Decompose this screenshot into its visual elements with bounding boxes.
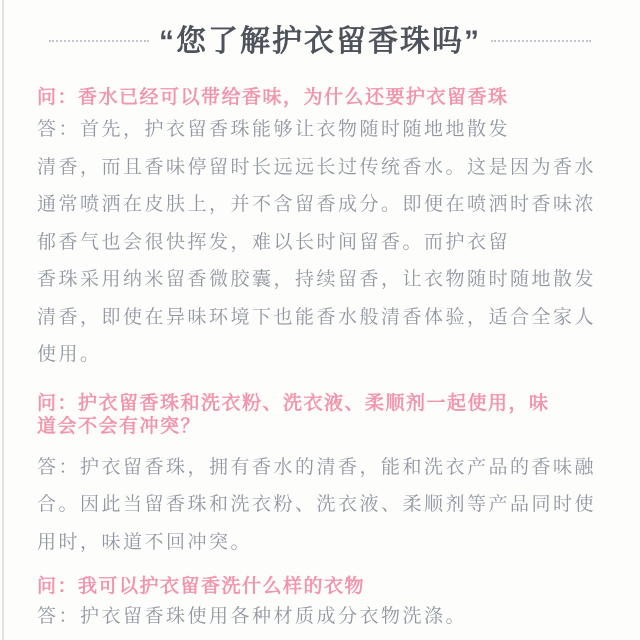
page-title: “您了解护衣留香珠吗” (159, 16, 481, 60)
question-line: 问：护衣留香珠和洗衣粉、洗衣液、柔顺剂一起使用，味 (37, 392, 600, 415)
answer-line: 使用。 (37, 336, 600, 374)
faq-item-2: 问：护衣留香珠和洗衣粉、洗衣液、柔顺剂一起使用，味 道会不会有冲突？ 答：护衣留… (37, 392, 600, 562)
page-header: “您了解护衣留香珠吗” (0, 16, 640, 60)
question-line: 道会不会有冲突？ (37, 415, 600, 438)
answer-line: 答：护衣留香珠使用各种材质成分衣物洗涤。 (37, 598, 600, 636)
faq-item-3: 问：我可以护衣留香洗什么样的衣物 答：护衣留香珠使用各种材质成分衣物洗涤。 (37, 575, 600, 636)
question-line: 问：我可以护衣留香洗什么样的衣物 (37, 575, 600, 598)
answer-line: 郁香气也会很快挥发，难以长时间留香。而护衣留 (37, 224, 600, 262)
question-heading-2: 问：护衣留香珠和洗衣粉、洗衣液、柔顺剂一起使用，味 道会不会有冲突？ (37, 392, 600, 438)
answer-line: 答：首先，护衣留香珠能够让衣物随时随地地散发 (37, 111, 600, 149)
answer-3: 答：护衣留香珠使用各种材质成分衣物洗涤。 (37, 598, 600, 636)
question-heading-3: 问：我可以护衣留香洗什么样的衣物 (37, 575, 600, 598)
answer-line: 答：护衣留香珠，拥有香水的清香，能和洗衣产品的香味融 (37, 449, 600, 487)
answer-line: 清香，而且香味停留时长远远长过传统香水。这是因为香水 (37, 149, 600, 187)
answer-line: 通常喷洒在皮肤上，并不含留香成分。即便在喷洒时香味浓 (37, 186, 600, 224)
answer-line: 香珠采用纳米留香微胶囊，持续留香，让衣物随时随地散发 (37, 261, 600, 299)
page-left-border (2, 0, 4, 640)
faq-item-1: 问：香水已经可以带给香味，为什么还要护衣留香珠 答：首先，护衣留香珠能够让衣物随… (37, 86, 600, 374)
title-right-dotted-line (491, 40, 591, 42)
faq-content: 问：香水已经可以带给香味，为什么还要护衣留香珠 答：首先，护衣留香珠能够让衣物随… (0, 86, 640, 636)
answer-line: 清香，即使在异味环境下也能香水般清香体验，适合全家人 (37, 299, 600, 337)
answer-2: 答：护衣留香珠，拥有香水的清香，能和洗衣产品的香味融 合。因此当留香珠和洗衣粉、… (37, 449, 600, 562)
answer-1: 答：首先，护衣留香珠能够让衣物随时随地地散发 清香，而且香味停留时长远远长过传统… (37, 111, 600, 374)
answer-line: 用时，味道不回冲突。 (37, 524, 600, 562)
title-left-dotted-line (49, 40, 149, 42)
question-line: 问：香水已经可以带给香味，为什么还要护衣留香珠 (37, 86, 600, 109)
question-heading-1: 问：香水已经可以带给香味，为什么还要护衣留香珠 (37, 86, 600, 109)
answer-line: 合。因此当留香珠和洗衣粉、洗衣液、柔顺剂等产品同时使 (37, 486, 600, 524)
